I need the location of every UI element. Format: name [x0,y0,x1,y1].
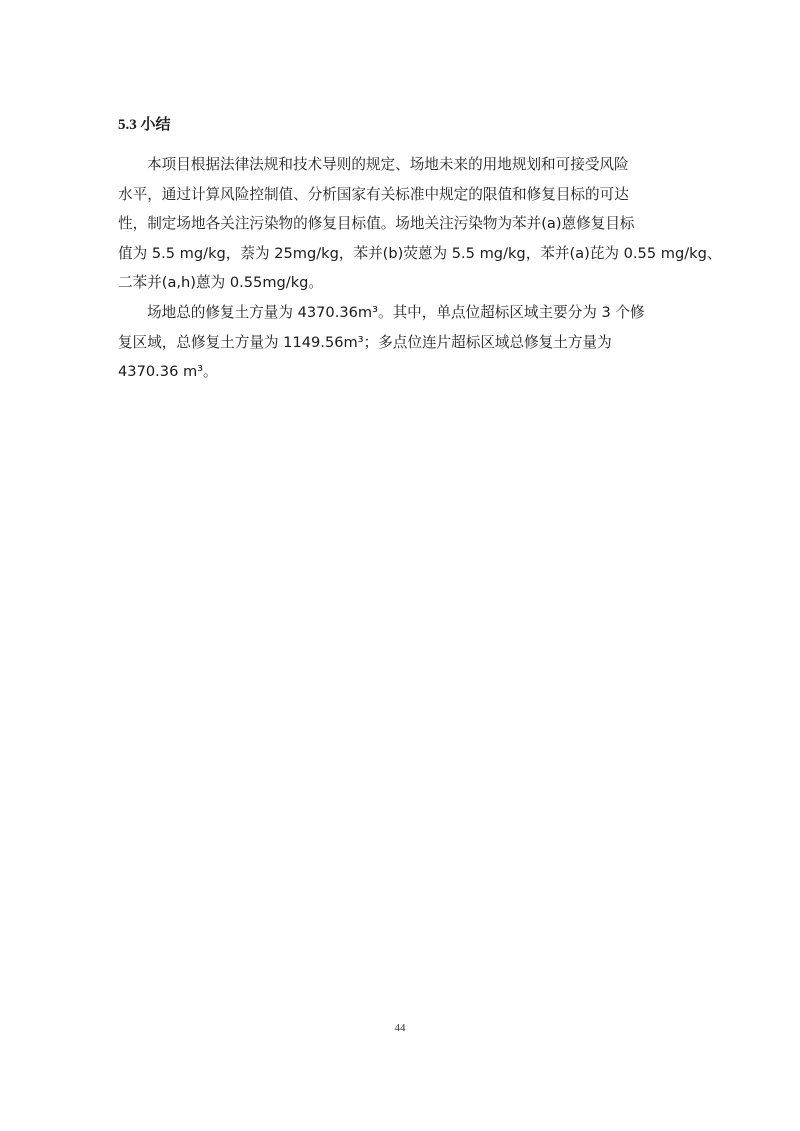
document-page: 5.3 小结 本项目根据法律法规和技术导则的规定、场地未来的用地规划和可接受风险… [0,0,800,1131]
paragraph-line: 场地总的修复土方量为 4370.36m³。其中，单点位超标区域主要分为 3 个修 [118,298,686,328]
paragraph-line: 4370.36 m³。 [118,357,686,387]
paragraph-line: 复区域，总修复土方量为 1149.56m³；多点位连片超标区域总修复土方量为 [118,328,686,358]
paragraph-line: 本项目根据法律法规和技术导则的规定、场地未来的用地规划和可接受风险 [118,150,686,180]
paragraph-summary-volumes: 场地总的修复土方量为 4370.36m³。其中，单点位超标区域主要分为 3 个修… [118,298,686,387]
paragraph-line: 二苯并(a,h)蒽为 0.55mg/kg。 [118,268,686,298]
paragraph-line: 性，制定场地各关注污染物的修复目标值。场地关注污染物为苯并(a)蒽修复目标 [118,209,686,239]
paragraph-line: 水平，通过计算风险控制值、分析国家有关标准中规定的限值和修复目标的可达 [118,180,686,210]
section-heading: 5.3 小结 [118,113,171,134]
paragraph-summary-targets: 本项目根据法律法规和技术导则的规定、场地未来的用地规划和可接受风险 水平，通过计… [118,150,686,298]
page-number: 44 [0,1022,800,1034]
paragraph-line: 值为 5.5 mg/kg，萘为 25mg/kg，苯并(b)荧蒽为 5.5 mg/… [118,239,686,269]
